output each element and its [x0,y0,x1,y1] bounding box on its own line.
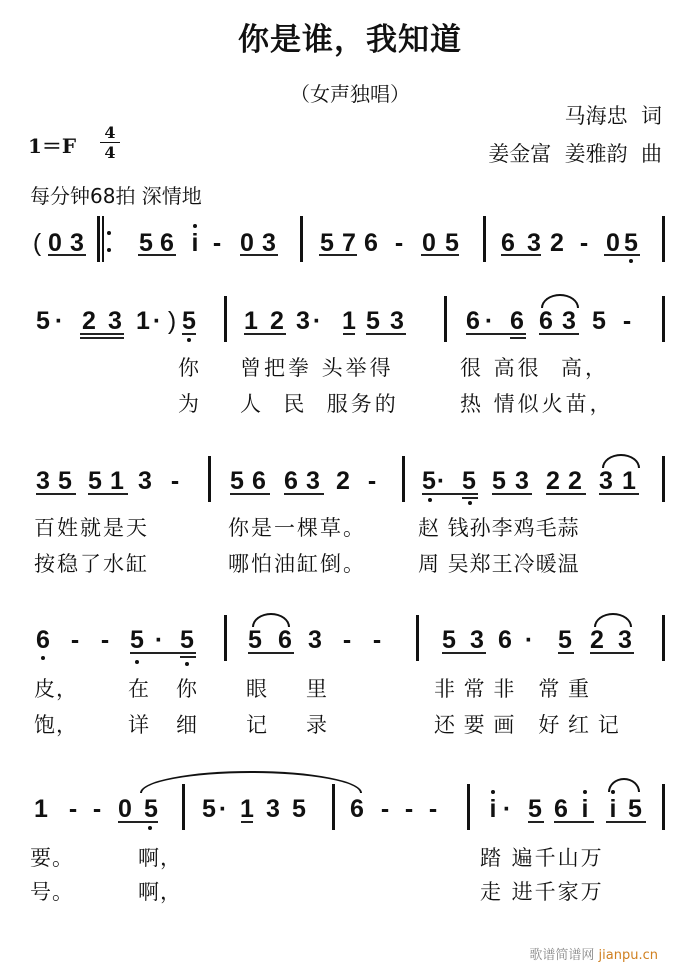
lyric-verse2: 热 情似火苗， [460,388,614,418]
lyric-verse2: 周 吴郑王冷暖温 [418,548,580,578]
watermark-en: jianpu.cn [599,948,658,963]
underline [36,493,76,495]
high-octave-dot [583,790,587,794]
lyric-verse2: 记 [246,709,268,739]
repeat-barline [102,216,104,262]
watermark: 歌谱简谱网 jianpu.cn [529,944,658,963]
lyric-verse1: 赵 钱孙李鸡毛蒜 [418,512,580,542]
note: 3 [513,468,531,494]
low-octave-dot [187,338,191,342]
note: · [214,796,232,822]
note: 5 [556,627,574,653]
note: - [66,627,84,653]
slur [252,613,290,627]
note: 0 [116,796,134,822]
underline [462,497,478,499]
note: 6 [34,627,52,653]
low-octave-dot [629,259,633,263]
lyricist-credit: 马海忠 词 [565,100,662,130]
note: 5 [178,627,196,653]
lyric-verse1: 要。 [30,842,74,872]
barline [662,784,665,830]
lyric-verse2: 按稳了水缸 [34,548,149,578]
slur [594,613,632,627]
note: - [575,230,593,256]
note: 2 [80,308,98,334]
underline [48,254,86,256]
lyric-verse1: 眼 [246,673,268,703]
barline [224,615,227,661]
barline [416,615,419,661]
underline [118,821,158,823]
barline [402,456,405,502]
lyric-verse2: 号。 [30,876,74,906]
underline [606,821,646,823]
note: 5 [137,230,155,256]
underline [248,652,294,654]
note: · [150,627,168,653]
note: 5 [228,468,246,494]
lyric-verse2: 录 [306,709,328,739]
note: - [400,796,418,822]
time-top: 4 [100,124,120,141]
lyric-verse1: 百姓就是天 [34,512,149,542]
note: - [424,796,442,822]
note: · [498,796,516,822]
slur [602,454,640,468]
note: 1 [108,468,126,494]
key-signature: 1＝F [28,130,76,159]
note: 6 [508,308,526,334]
note: i [604,796,622,822]
note: 5 [440,627,458,653]
note: · [308,308,326,334]
underline [421,254,459,256]
barline [467,784,470,830]
note: 3 [304,468,322,494]
note: 6 [158,230,176,256]
note: 3 [106,308,124,334]
note: - [88,796,106,822]
note: 6 [348,796,366,822]
note: 5 [180,308,198,334]
note: 3 [136,468,154,494]
repeat-barline [97,216,100,262]
note: · [480,308,498,334]
lyric-verse2: 走 进千家万 [480,876,604,906]
underline [510,337,526,339]
note: 5 [142,796,160,822]
low-octave-dot [468,501,472,505]
note: 0 [604,230,622,256]
note: - [96,627,114,653]
time-signature: 4 4 [100,124,120,161]
note: 2 [548,230,566,256]
slur [608,778,640,792]
lyric-verse1: 你 [176,673,198,703]
lyric-verse2: 还 要 画 好 红 记 [434,709,620,739]
note: 7 [340,230,358,256]
note: · [432,468,450,494]
note: 5 [246,627,264,653]
underline [138,254,176,256]
low-octave-dot [185,662,189,666]
lyric-verse2: 哪怕油缸倒。 [228,548,366,578]
underline [528,821,544,823]
note: 0 [420,230,438,256]
lyric-verse2: 细 [176,709,198,739]
composer-credit: 姜金富 姜雅韵 曲 [488,138,662,168]
lyric-verse1: 你 [178,352,200,382]
barline [662,456,665,502]
note: 3 [560,308,578,334]
low-octave-dot [41,656,45,660]
time-bottom: 4 [100,144,120,161]
lyric-verse2: 饱， [34,709,78,739]
lyric-verse1: 啊， [138,842,182,872]
note: · [50,308,68,334]
lyric-verse1: 你是一棵草。 [228,512,366,542]
note: 5 [290,796,308,822]
barline [483,216,486,262]
underline [343,333,355,335]
watermark-cn: 歌谱简谱网 [529,948,594,963]
underline [554,821,594,823]
note: 5 [622,230,640,256]
lyric-verse2: 为 [178,388,200,418]
repeat-dot [107,231,111,235]
note: - [363,468,381,494]
lyric-verse1: 曾把拳 头举得 [240,352,394,382]
note: 3 [616,627,634,653]
barline [444,296,447,342]
barline [182,784,185,830]
note: 3 [306,627,324,653]
high-octave-dot [491,790,495,794]
note: i [576,796,594,822]
note: 1 [238,796,256,822]
note: 5 [460,468,478,494]
underline [240,254,278,256]
note: 0 [238,230,256,256]
note: 1 [242,308,260,334]
note: 6 [276,627,294,653]
note: 5 [364,308,382,334]
slur [541,294,579,308]
note: 6 [362,230,380,256]
note: 6 [282,468,300,494]
underline [366,333,406,335]
note: 2 [588,627,606,653]
long-slur [140,771,362,793]
underline [88,493,128,495]
lyric-verse1: 里 [306,673,328,703]
barline [662,296,665,342]
note: 3 [468,627,486,653]
note: 5 [56,468,74,494]
note: - [376,796,394,822]
note: 5 [318,230,336,256]
note: 6 [537,308,555,334]
note: 2 [268,308,286,334]
lyric-verse1: 踏 遍千山万 [480,842,604,872]
note: - [166,468,184,494]
underline [590,652,634,654]
note: ( [28,230,46,256]
underline [442,652,486,654]
underline [244,333,286,335]
lyric-verse1: 在 [128,673,150,703]
underline [241,821,253,823]
lyric-verse2: 详 [128,709,150,739]
note: 6 [499,230,517,256]
underline [130,652,196,654]
note: 3 [264,796,282,822]
lyric-verse2: 啊， [138,876,182,906]
note: - [618,308,636,334]
note: - [64,796,82,822]
note: - [208,230,226,256]
note: 5 [128,627,146,653]
underline [599,493,639,495]
barline [208,456,211,502]
note: 3 [34,468,52,494]
note: 3 [68,230,86,256]
note: 1 [32,796,50,822]
note: 0 [46,230,64,256]
note: 3 [597,468,615,494]
note: 5 [443,230,461,256]
underline [284,493,324,495]
note: 1 [620,468,638,494]
barline [662,615,665,661]
barline [662,216,665,262]
underline [492,493,532,495]
underline [466,333,526,335]
note: 5 [490,468,508,494]
barline [224,296,227,342]
note: ) [163,308,181,334]
underline [80,333,124,335]
note: - [338,627,356,653]
note: 5 [590,308,608,334]
underline [319,254,357,256]
repeat-dot [107,248,111,252]
note: - [368,627,386,653]
underline [546,493,586,495]
underline [230,493,270,495]
note: 3 [525,230,543,256]
high-octave-dot [193,224,197,228]
note: 6 [552,796,570,822]
note: 2 [566,468,584,494]
note: - [390,230,408,256]
note: 6 [250,468,268,494]
note: 6 [496,627,514,653]
barline [332,784,335,830]
low-octave-dot [135,660,139,664]
note: 5 [626,796,644,822]
note: 5 [526,796,544,822]
low-octave-dot [428,498,432,502]
lyric-verse1: 很 高很 高， [460,352,609,382]
tempo-marking: 每分钟68拍 深情地 [30,180,202,209]
note: 3 [260,230,278,256]
lyric-verse2: 人 民 服务的 [240,388,399,418]
barline [300,216,303,262]
underline [501,254,541,256]
note: · [520,627,538,653]
underline [604,254,640,256]
note: 5 [86,468,104,494]
lyric-verse1: 非 常 非 常 重 [434,673,590,703]
underline [558,652,574,654]
low-octave-dot [148,826,152,830]
underline [80,337,124,339]
note: 2 [334,468,352,494]
underline [539,333,579,335]
note: 1 [340,308,358,334]
underline [182,333,196,335]
underline [180,656,196,658]
song-title: 你是谁，我知道 [0,14,700,59]
note: 3 [388,308,406,334]
lyric-verse1: 皮， [34,673,78,703]
note: 2 [544,468,562,494]
note: i [186,230,204,256]
underline [422,493,478,495]
